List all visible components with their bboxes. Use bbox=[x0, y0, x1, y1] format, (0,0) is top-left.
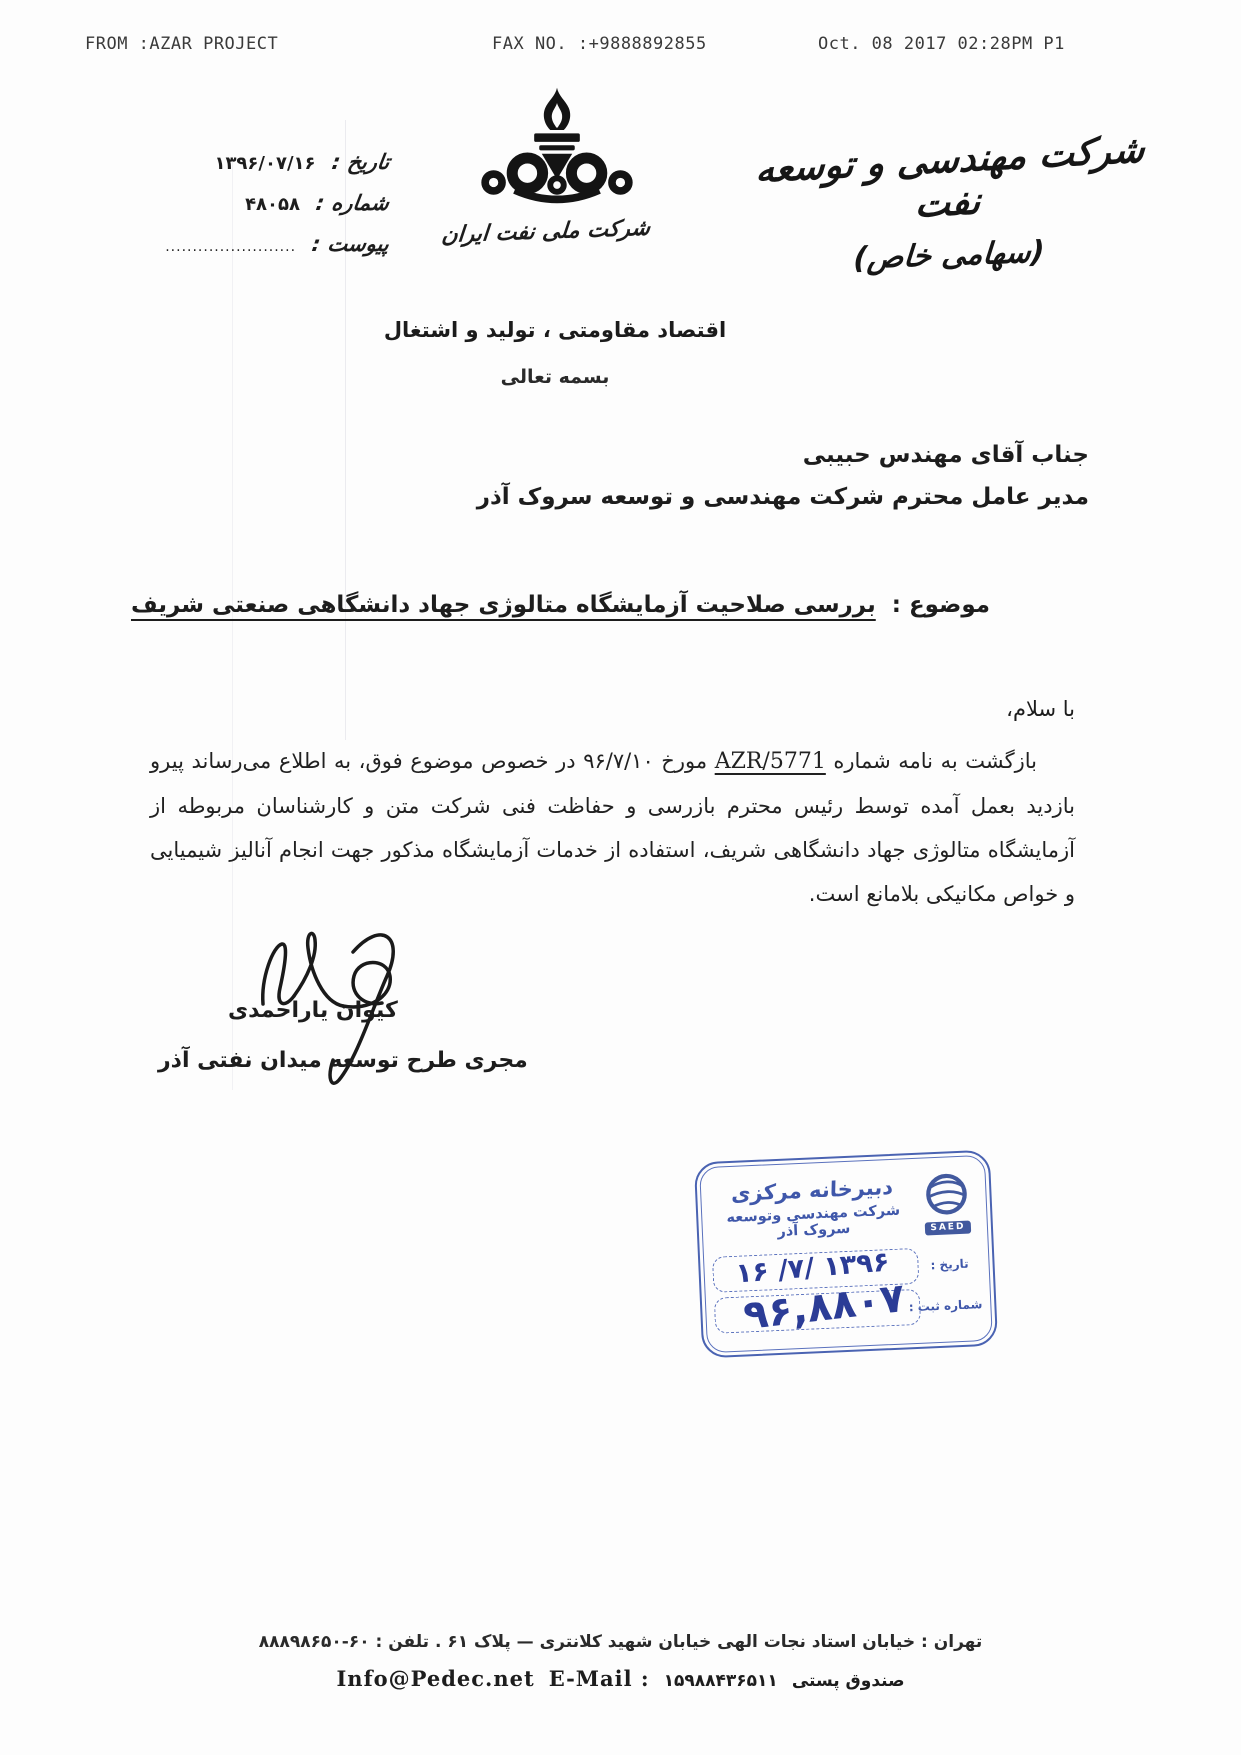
scan-fold-line bbox=[232, 160, 233, 1090]
email-value: Info@Pedec.net bbox=[336, 1666, 534, 1691]
company-type-calligraphy: (سهامی خاص) bbox=[748, 231, 1150, 280]
footer-address: تهران : خیابان استاد نجات الهی خیابان شه… bbox=[0, 1632, 1241, 1652]
stamp-regno-label: شماره ثبت : bbox=[920, 1297, 983, 1314]
secretariat-stamp: SAED دبیرخانه مرکزی شرکت مهندسی وتوسعه س… bbox=[694, 1150, 998, 1359]
date-value: ۱۳۹۶/۰۷/۱۶ bbox=[214, 153, 315, 174]
addressee-block: جناب آقای مهندس حبیبی مدیر عامل محترم شر… bbox=[477, 434, 1089, 518]
fax-datetime: Oct. 08 2017 02:28PM P1 bbox=[818, 34, 1065, 54]
saed-emblem: SAED bbox=[915, 1170, 980, 1236]
nioc-flame-logo-icon bbox=[464, 86, 650, 213]
saed-globe-icon bbox=[918, 1170, 976, 1220]
email-label: E-Mail : bbox=[549, 1666, 650, 1691]
addressee-line-2: مدیر عامل محترم شرکت مهندسی و توسعه سروک… bbox=[477, 476, 1089, 518]
stamp-title-2: شرکت مهندسی وتوسعه سروک آذر bbox=[710, 1202, 917, 1243]
fax-from: FROM :AZAR PROJECT bbox=[85, 34, 278, 54]
signer-name: کیوان یاراحمدی bbox=[228, 998, 398, 1023]
pobox-label: صندوق پستی bbox=[792, 1671, 905, 1691]
slogan-text: اقتصاد مقاومتی ، تولید و اشتغال bbox=[0, 318, 1110, 342]
stamp-header: SAED دبیرخانه مرکزی شرکت مهندسی وتوسعه س… bbox=[708, 1162, 979, 1252]
fax-letter-page: FROM :AZAR PROJECT FAX NO. :+9888892855 … bbox=[0, 0, 1241, 1755]
letterhead-fields: تاریخ : ۱۳۹۶/۰۷/۱۶ شماره : ۴۸۰۵۸ پیوست :… bbox=[89, 150, 389, 273]
body-text-1: بازگشت به نامه شماره bbox=[826, 749, 1037, 773]
attachment-row: پیوست : ........................ bbox=[89, 232, 389, 256]
company-name-calligraphy: شرکت مهندسی و توسعه نفت bbox=[747, 127, 1151, 234]
letter-body: بازگشت به نامه شماره AZR/5771 مورخ ۹۶/۷/… bbox=[150, 739, 1075, 916]
addressee-line-1: جناب آقای مهندس حبیبی bbox=[477, 434, 1089, 476]
subject-label: موضوع : bbox=[892, 592, 990, 618]
stamp-title-1: دبیرخانه مرکزی bbox=[709, 1174, 915, 1207]
reference-number: AZR/5771 bbox=[715, 749, 826, 774]
number-row: شماره : ۴۸۰۵۸ bbox=[89, 191, 389, 215]
subject-text: بررسی صلاحیت آزمایشگاه متالوژی جهاد دانش… bbox=[131, 592, 876, 618]
footer-contact-line: صندوق پستی ۱۵۹۸۸۴۳۶۵۱۱ E-Mail : Info@Ped… bbox=[0, 1666, 1241, 1691]
attachment-dots: ........................ bbox=[165, 239, 296, 255]
stamp-inner-border: SAED دبیرخانه مرکزی شرکت مهندسی وتوسعه س… bbox=[699, 1155, 993, 1353]
number-label: شماره : bbox=[314, 191, 390, 215]
pobox-value: ۱۵۹۸۸۴۳۶۵۱۱ bbox=[664, 1671, 778, 1691]
stamp-regno-box: ۹۶,۸۸۰۷ bbox=[714, 1289, 921, 1334]
attachment-label: پیوست : bbox=[310, 232, 390, 256]
fax-number: FAX NO. :+9888892855 bbox=[492, 34, 707, 54]
date-row: تاریخ : ۱۳۹۶/۰۷/۱۶ bbox=[89, 150, 389, 174]
salutation-text: با سلام، bbox=[1006, 697, 1075, 721]
bismillah-text: بسمه تعالی bbox=[0, 366, 1110, 388]
signer-title: مجری طرح توسعه میدان نفتی آذر bbox=[158, 1048, 528, 1073]
subject-line: موضوع : بررسی صلاحیت آزمایشگاه متالوژی ج… bbox=[131, 592, 990, 618]
stamp-regno-row: شماره ثبت : ۹۶,۸۸۰۷ bbox=[714, 1286, 983, 1334]
stamp-titles: دبیرخانه مرکزی شرکت مهندسی وتوسعه سروک آ… bbox=[709, 1174, 917, 1243]
stamp-date-label: تاریخ : bbox=[918, 1256, 981, 1273]
logo-block: شرکت ملی نفت ایران bbox=[464, 86, 650, 244]
number-value: ۴۸۰۵۸ bbox=[245, 194, 300, 215]
letterhead-company: شرکت مهندسی و توسعه نفت (سهامی خاص) bbox=[749, 138, 1149, 273]
saed-label: SAED bbox=[925, 1220, 972, 1235]
date-label: تاریخ : bbox=[330, 150, 391, 174]
logo-caption-calligraphy: شرکت ملی نفت ایران bbox=[463, 216, 651, 248]
